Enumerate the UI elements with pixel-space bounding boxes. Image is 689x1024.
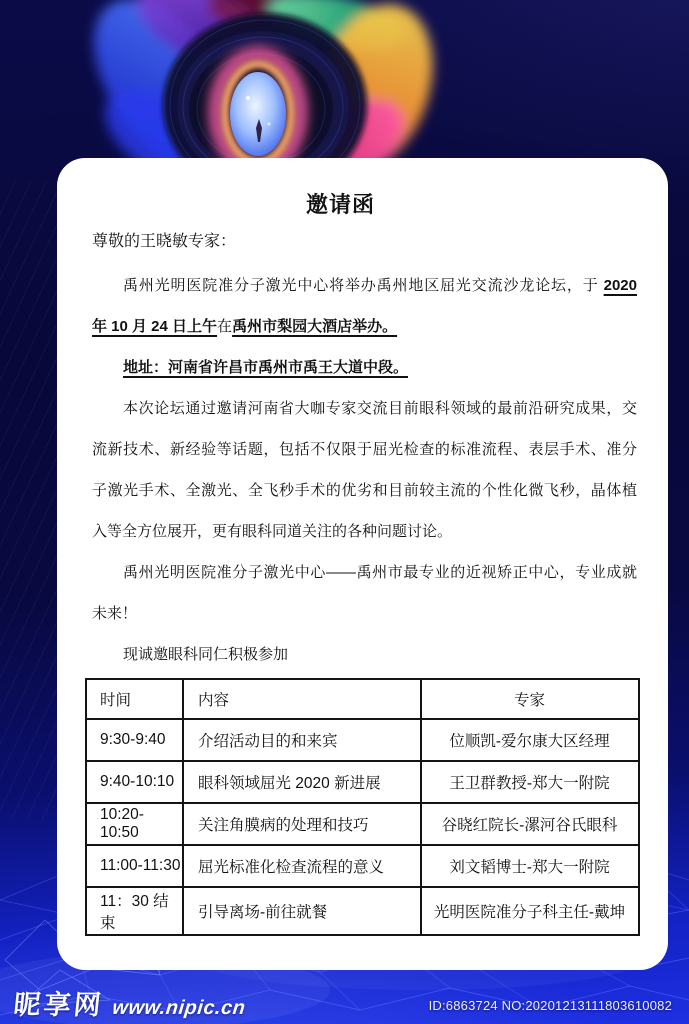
nipic-logo-url: www.nipic.cn [111, 997, 246, 1020]
letter-text-segment: 地址：河南省许昌市禹州市禹王大道中段。 [123, 359, 408, 376]
nipic-watermark-logo: 昵享网 www.nipic.cn [12, 983, 248, 1022]
letter-line: 流新技术、新经验等话题，包括不仅限于屈光检查的标准流程、表层手术、准分 [92, 429, 637, 470]
letter-line: 入等全方位展开，更有眼科同道关注的各种问题讨论。 [92, 511, 637, 552]
letter-line: 年 10 月 24 日上午在禹州市梨园大酒店举办。 [92, 306, 637, 347]
expert-cell: 光明医院准分子科主任-戴坤 [421, 887, 639, 935]
expert-cell: 位顺凯-爱尔康大区经理 [421, 719, 639, 761]
letter-text-segment: 入等全方位展开，更有眼科同道关注的各种问题讨论。 [92, 523, 452, 540]
time-cell: 9:40-10:10 [86, 761, 183, 803]
greeting-line: 尊敬的王晓敏专家： [92, 230, 637, 254]
time-cell: 9:30-9:40 [86, 719, 183, 761]
table-row: 9:30-9:40介绍活动目的和来宾位顺凯-爱尔康大区经理 [86, 719, 639, 761]
abstract-eye-swirl-graphic [72, 0, 462, 174]
content-cell: 介绍活动目的和来宾 [183, 719, 421, 761]
time-cell: 11：30 结束 [86, 887, 183, 935]
letter-text-segment: 现诚邀眼科同仁积极参加 [123, 646, 288, 663]
content-cell: 眼科领域屈光 2020 新进展 [183, 761, 421, 803]
letter-text-segment: 子激光手术、全激光、全飞秒手术的优劣和目前较主流的个性化微飞秒，晶体植 [92, 482, 637, 499]
letter-line: 子激光手术、全激光、全飞秒手术的优劣和目前较主流的个性化微飞秒，晶体植 [92, 470, 637, 511]
letter-text-segment: 禹州光明医院准分子激光中心将举办禹州地区屈光交流沙龙论坛，于 [123, 277, 604, 294]
letter-line: 禹州光明医院准分子激光中心将举办禹州地区屈光交流沙龙论坛，于 2020 [92, 265, 637, 306]
letter-line: 禹州光明医院准分子激光中心——禹州市最专业的近视矫正中心，专业成就 [92, 552, 637, 593]
table-header-row: 时间内容专家 [86, 679, 639, 719]
letter-text-segment: 禹州市梨园大酒店举办。 [232, 318, 397, 335]
letter-line: 地址：河南省许昌市禹州市禹王大道中段。 [92, 347, 637, 388]
table-header-cell: 时间 [86, 679, 183, 719]
content-cell: 屈光标准化检查流程的意义 [183, 845, 421, 887]
content-cell: 引导离场-前往就餐 [183, 887, 421, 935]
table-row: 9:40-10:10眼科领域屈光 2020 新进展王卫群教授-郑大一附院 [86, 761, 639, 803]
invitation-card: 邀请函 尊敬的王晓敏专家： 禹州光明医院准分子激光中心将举办禹州地区屈光交流沙龙… [57, 158, 668, 970]
table-header-cell: 专家 [421, 679, 639, 719]
expert-cell: 刘文韬博士-郑大一附院 [421, 845, 639, 887]
letter-text-segment: 在 [217, 318, 232, 335]
letter-title: 邀请函 [92, 193, 637, 217]
time-cell: 11:00-11:30 [86, 845, 183, 887]
letter-text-segment: 2020 [604, 277, 637, 294]
table-row: 11：30 结束引导离场-前往就餐光明医院准分子科主任-戴坤 [86, 887, 639, 935]
letter-text-segment: 禹州光明医院准分子激光中心——禹州市最专业的近视矫正中心，专业成就 [123, 564, 637, 581]
expert-cell: 王卫群教授-郑大一附院 [421, 761, 639, 803]
invitation-poster: 邀请函 尊敬的王晓敏专家： 禹州光明医院准分子激光中心将举办禹州地区屈光交流沙龙… [0, 0, 689, 1024]
content-cell: 关注角膜病的处理和技巧 [183, 803, 421, 845]
table-row: 11:00-11:30屈光标准化检查流程的意义刘文韬博士-郑大一附院 [86, 845, 639, 887]
time-cell: 10:20-10:50 [86, 803, 183, 845]
image-id-text: ID:6863724 NO:20201213111803610082 [429, 998, 672, 1013]
letter-text-segment: 本次论坛通过邀请河南省大咖专家交流目前眼科领域的最前沿研究成果，交 [123, 400, 637, 417]
letter-line: 本次论坛通过邀请河南省大咖专家交流目前眼科领域的最前沿研究成果，交 [92, 388, 637, 429]
letter-text-segment: 流新技术、新经验等话题，包括不仅限于屈光检查的标准流程、表层手术、准分 [92, 441, 637, 458]
schedule-table: 时间内容专家 9:30-9:40介绍活动目的和来宾位顺凯-爱尔康大区经理9:40… [85, 678, 640, 936]
letter-text-segment: 年 10 月 24 日上午 [92, 318, 217, 335]
nipic-logo-cn: 昵享网 [12, 983, 106, 1022]
letter-text-segment: 未来！ [92, 605, 137, 622]
table-header-cell: 内容 [183, 679, 421, 719]
table-row: 10:20-10:50关注角膜病的处理和技巧谷晓红院长-漯河谷氏眼科 [86, 803, 639, 845]
letter-body: 禹州光明医院准分子激光中心将举办禹州地区屈光交流沙龙论坛，于 2020年 10 … [92, 265, 637, 675]
letter-line: 未来！ [92, 593, 637, 634]
expert-cell: 谷晓红院长-漯河谷氏眼科 [421, 803, 639, 845]
letter-line: 现诚邀眼科同仁积极参加 [92, 634, 637, 675]
